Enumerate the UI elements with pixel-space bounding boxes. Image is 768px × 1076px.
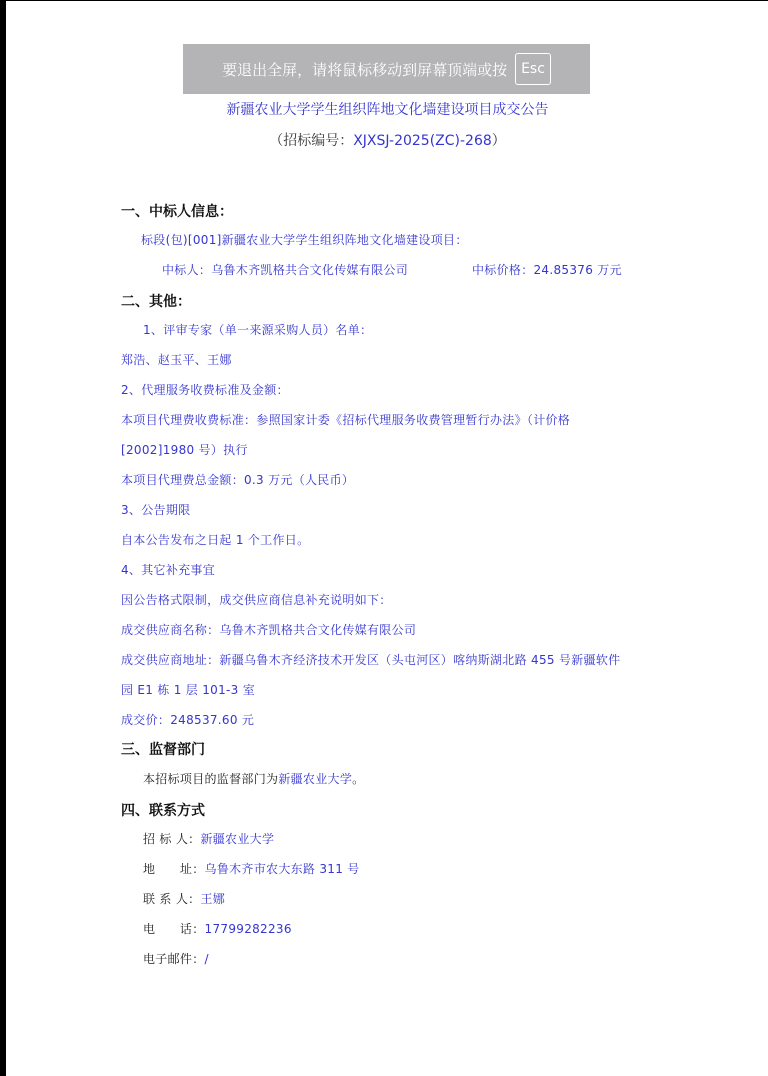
contact-value: 王娜 bbox=[200, 892, 225, 906]
supervision-org: 新疆农业大学 bbox=[278, 772, 352, 786]
contact-row-email: 电子邮件：/ bbox=[143, 950, 209, 967]
contact-row-address: 地 址：乌鲁木齐市农大东路 311 号 bbox=[143, 860, 360, 877]
section-heading-contact: 四、联系方式 bbox=[121, 800, 205, 820]
fullscreen-notice-text: 要退出全屏，请将鼠标移动到屏幕顶端或按 bbox=[222, 59, 507, 80]
contact-row-person: 联 系 人：王娜 bbox=[143, 890, 225, 907]
contact-label: 地 址： bbox=[143, 862, 205, 876]
supplier-address-line-2: 园 E1 栋 1 层 101-3 室 bbox=[121, 681, 255, 698]
bid-number-close: ） bbox=[492, 133, 506, 149]
contact-label: 联 系 人： bbox=[143, 892, 200, 906]
winner-line: 中标人：乌鲁木齐凯格共合文化传媒有限公司 bbox=[162, 261, 408, 278]
experts-label: 1、评审专家（单一来源采购人员）名单： bbox=[143, 321, 372, 338]
bid-number: （招标编号：XJXSJ-2025(ZC)-268） bbox=[0, 130, 768, 150]
fee-standard-line-1: 本项目代理费收费标准：参照国家计委《招标代理服务收费管理暂行办法》（计价格 bbox=[121, 411, 570, 428]
contact-value: 新疆农业大学 bbox=[200, 832, 274, 846]
section-heading-other: 二、其他： bbox=[121, 291, 191, 311]
other-intro: 因公告格式限制，成交供应商信息补充说明如下： bbox=[121, 591, 392, 608]
contact-value: / bbox=[205, 952, 209, 966]
document-title: 新疆农业大学学生组织阵地文化墙建设项目成交公告 bbox=[0, 99, 768, 119]
contact-value: 17799282236 bbox=[205, 922, 292, 936]
winner-price: 中标价格：24.85376 万元 bbox=[472, 261, 622, 278]
supervision-suffix: 。 bbox=[352, 772, 364, 786]
supervision-prefix: 本招标项目的监督部门为 bbox=[143, 772, 278, 786]
contact-value: 乌鲁木齐市农大东路 311 号 bbox=[205, 862, 360, 876]
contact-row-tenderer: 招 标 人：新疆农业大学 bbox=[143, 830, 274, 847]
fee-standard-line-2: [2002]1980 号）执行 bbox=[121, 441, 248, 458]
experts-list: 郑浩、赵玉平、王娜 bbox=[121, 351, 232, 368]
section-heading-winner-info: 一、中标人信息： bbox=[121, 201, 233, 221]
deal-price: 成交价：248537.60 元 bbox=[121, 711, 254, 728]
period-label: 3、公告期限 bbox=[121, 501, 190, 518]
supervision-text: 本招标项目的监督部门为新疆农业大学。 bbox=[143, 770, 364, 787]
lot-line: 标段(包)[001]新疆农业大学学生组织阵地文化墙建设项目： bbox=[141, 231, 468, 248]
contact-label: 电子邮件： bbox=[143, 952, 205, 966]
other-label: 4、其它补充事宜 bbox=[121, 561, 215, 578]
contact-label: 电 话： bbox=[143, 922, 205, 936]
fee-total: 本项目代理费总金额：0.3 万元（人民币） bbox=[121, 471, 354, 488]
esc-key-badge: Esc bbox=[515, 53, 551, 85]
supplier-name: 成交供应商名称：乌鲁木齐凯格共合文化传媒有限公司 bbox=[121, 621, 416, 638]
section-heading-supervision: 三、监督部门 bbox=[121, 739, 205, 759]
window-top-border bbox=[0, 0, 768, 1]
fullscreen-exit-notice: 要退出全屏，请将鼠标移动到屏幕顶端或按 Esc bbox=[183, 44, 590, 94]
contact-row-phone: 电 话：17799282236 bbox=[143, 920, 292, 937]
bid-number-label: （招标编号： bbox=[269, 133, 353, 149]
bid-number-value: XJXSJ-2025(ZC)-268 bbox=[353, 133, 492, 149]
period-text: 自本公告发布之日起 1 个工作日。 bbox=[121, 531, 309, 548]
fee-label: 2、代理服务收费标准及金额： bbox=[121, 381, 289, 398]
supplier-address-line-1: 成交供应商地址：新疆乌鲁木齐经济技术开发区（头屯河区）喀纳斯湖北路 455 号新… bbox=[121, 651, 620, 668]
window-left-border bbox=[0, 0, 6, 1076]
contact-label: 招 标 人： bbox=[143, 832, 200, 846]
